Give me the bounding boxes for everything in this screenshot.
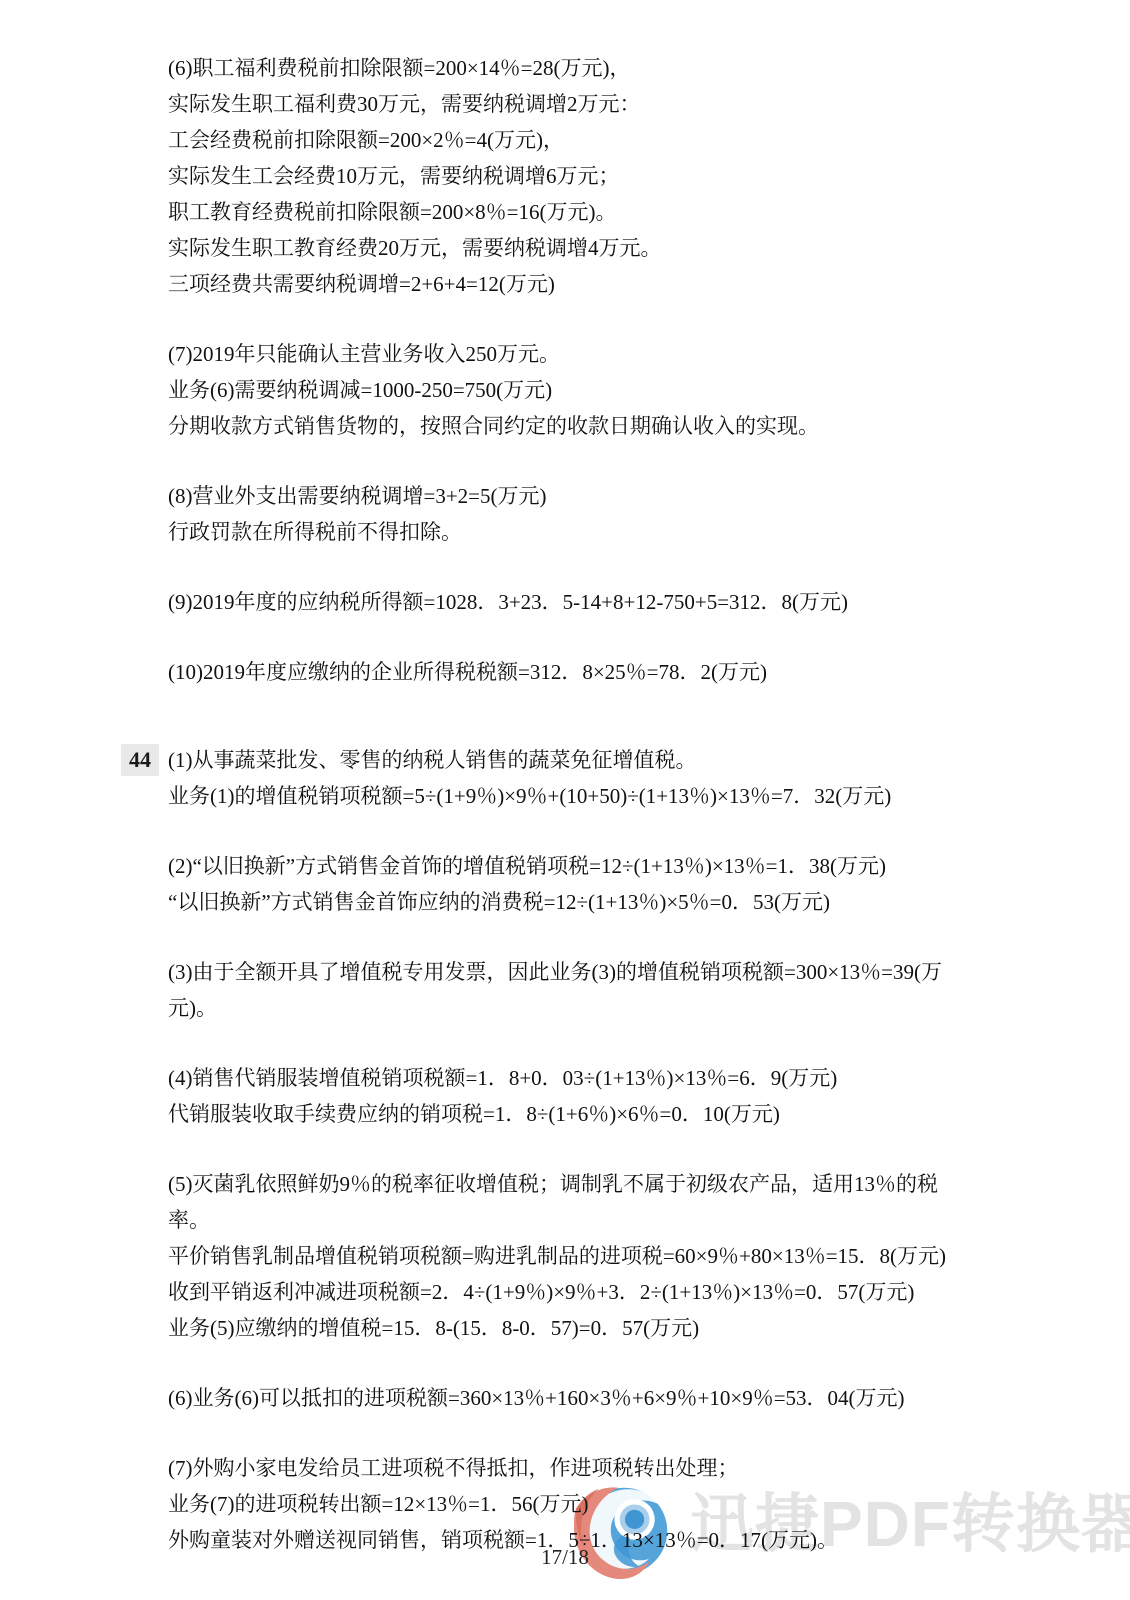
text-line: 分期收款方式销售货物的，按照合同约定的收款日期确认收入的实现。 xyxy=(168,408,1082,444)
text-line: (9)2019年度的应纳税所得额=1028．3+23．5-14+8+12-750… xyxy=(168,584,1082,620)
text-line: 三项经费共需要纳税调增=2+6+4=12(万元) xyxy=(168,266,1082,302)
answer-paragraph: (6)职工福利费税前扣除限额=200×14％=28(万元)，实际发生职工福利费3… xyxy=(168,50,1082,302)
answer-paragraph: (4)销售代销服装增值税销项税额=1．8+0．03÷(1+13％)×13％=6．… xyxy=(168,1060,1082,1132)
text-line: (8)营业外支出需要纳税调增=3+2=5(万元) xyxy=(168,478,1082,514)
text-line: 元)。 xyxy=(168,990,1082,1026)
text-line: (7)2019年只能确认主营业务收入250万元。 xyxy=(168,336,1082,372)
text-line: 实际发生职工教育经费20万元，需要纳税调增4万元。 xyxy=(168,230,1082,266)
text-line: 业务(6)需要纳税调减=1000-250=750(万元) xyxy=(168,372,1082,408)
text-line: (6)职工福利费税前扣除限额=200×14％=28(万元)， xyxy=(168,50,1082,86)
answer-paragraph: (10)2019年度应缴纳的企业所得税税额=312．8×25％=78．2(万元) xyxy=(168,654,1082,690)
answer-paragraph: (6)业务(6)可以抵扣的进项税额=360×13％+160×3％+6×9％+10… xyxy=(168,1380,1082,1416)
text-line: (2)“以旧换新”方式销售金首饰的增值税销项税=12÷(1+13％)×13％=1… xyxy=(168,848,1082,884)
text-line: 行政罚款在所得税前不得扣除。 xyxy=(168,514,1082,550)
page-number: 17/18 xyxy=(0,1545,1130,1570)
answer-paragraph: (7)外购小家电发给员工进项税不得抵扣，作进项税转出处理；业务(7)的进项税转出… xyxy=(168,1450,1082,1558)
text-line: 实际发生职工福利费30万元，需要纳税调增2万元： xyxy=(168,86,1082,122)
text-line: 业务(1)的增值税销项税额=5÷(1+9％)×9％+(10+50)÷(1+13％… xyxy=(168,778,1082,814)
text-line: 业务(5)应缴纳的增值税=15．8-(15．8-0．57)=0．57(万元) xyxy=(168,1310,1082,1346)
text-line: 职工教育经费税前扣除限额=200×8％=16(万元)。 xyxy=(168,194,1082,230)
text-line: 平价销售乳制品增值税销项税额=购进乳制品的进项税=60×9％+80×13％=15… xyxy=(168,1238,1082,1274)
text-line: (4)销售代销服装增值税销项税额=1．8+0．03÷(1+13％)×13％=6．… xyxy=(168,1060,1082,1096)
answer-section-44: 44(1)从事蔬菜批发、零售的纳税人销售的蔬菜免征增值税。业务(1)的增值税销项… xyxy=(168,724,1082,1558)
text-line: (7)外购小家电发给员工进项税不得抵扣，作进项税转出处理； xyxy=(168,1450,1082,1486)
question-number-badge: 44 xyxy=(121,744,159,776)
text-line: (3)由于全额开具了增值税专用发票，因此业务(3)的增值税销项税额=300×13… xyxy=(168,954,1082,990)
answer-paragraph: (1)从事蔬菜批发、零售的纳税人销售的蔬菜免征增值税。业务(1)的增值税销项税额… xyxy=(168,742,1082,814)
document-page: 迅捷PDF转换器 (6)职工福利费税前扣除限额=200×14％=28(万元)，实… xyxy=(0,0,1130,1600)
text-line: 业务(7)的进项税转出额=12×13％=1．56(万元) xyxy=(168,1486,1082,1522)
answer-paragraph: (9)2019年度的应纳税所得额=1028．3+23．5-14+8+12-750… xyxy=(168,584,1082,620)
answer-paragraph: (7)2019年只能确认主营业务收入250万元。业务(6)需要纳税调减=1000… xyxy=(168,336,1082,444)
answer-paragraph: (2)“以旧换新”方式销售金首饰的增值税销项税=12÷(1+13％)×13％=1… xyxy=(168,848,1082,920)
answer-paragraph: (8)营业外支出需要纳税调增=3+2=5(万元)行政罚款在所得税前不得扣除。 xyxy=(168,478,1082,550)
answer-paragraph: (5)灭菌乳依照鲜奶9％的税率征收增值税；调制乳不属于初级农产品，适用13％的税… xyxy=(168,1166,1082,1346)
text-line: (10)2019年度应缴纳的企业所得税税额=312．8×25％=78．2(万元) xyxy=(168,654,1082,690)
text-line: (6)业务(6)可以抵扣的进项税额=360×13％+160×3％+6×9％+10… xyxy=(168,1380,1082,1416)
text-line: “以旧换新”方式销售金首饰应纳的消费税=12÷(1+13％)×5％=0．53(万… xyxy=(168,884,1082,920)
answer-section: (6)职工福利费税前扣除限额=200×14％=28(万元)，实际发生职工福利费3… xyxy=(168,50,1082,690)
document-body: (6)职工福利费税前扣除限额=200×14％=28(万元)，实际发生职工福利费3… xyxy=(0,0,1130,1592)
answer-paragraph: (3)由于全额开具了增值税专用发票，因此业务(3)的增值税销项税额=300×13… xyxy=(168,954,1082,1026)
text-line: 收到平销返利冲减进项税额=2．4÷(1+9％)×9％+3．2÷(1+13％)×1… xyxy=(168,1274,1082,1310)
text-line: 实际发生工会经费10万元，需要纳税调增6万元； xyxy=(168,158,1082,194)
text-line: (5)灭菌乳依照鲜奶9％的税率征收增值税；调制乳不属于初级农产品，适用13％的税 xyxy=(168,1166,1082,1202)
text-line: 率。 xyxy=(168,1202,1082,1238)
text-line: (1)从事蔬菜批发、零售的纳税人销售的蔬菜免征增值税。 xyxy=(168,742,1082,778)
text-line: 工会经费税前扣除限额=200×2％=4(万元)， xyxy=(168,122,1082,158)
text-line: 代销服装收取手续费应纳的销项税=1．8÷(1+6％)×6％=0．10(万元) xyxy=(168,1096,1082,1132)
